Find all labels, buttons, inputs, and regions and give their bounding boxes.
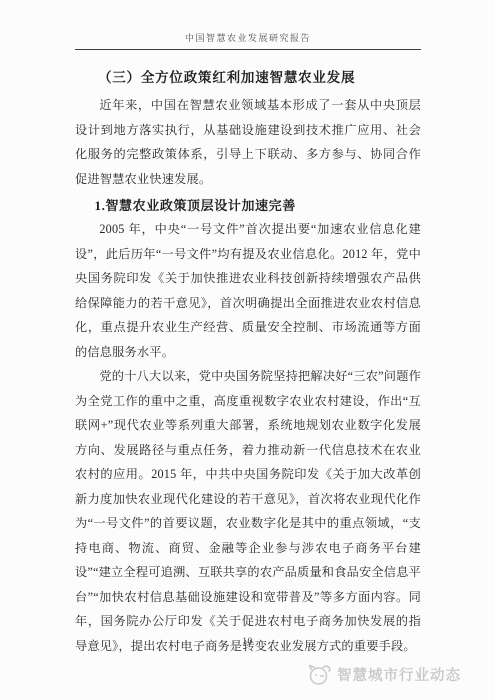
page-header: 中国智慧农业发展研究报告 [75,31,421,50]
cartoon-cat-face-icon [306,662,334,686]
report-page: 中国智慧农业发展研究报告 （三）全方位政策红利加速智慧农业发展 近年来，中国在智… [0,0,495,700]
page-body: （三）全方位政策红利加速智慧农业发展 近年来，中国在智慧农业领域基本形成了一套从… [75,57,421,658]
paragraph-policy-18th-congress: 党的十八大以来，党中央国务院坚持把解决好“三农”问题作为全党工作的重中之重，高度… [75,364,421,658]
section-heading: （三）全方位政策红利加速智慧农业发展 [75,66,421,86]
watermark: 智慧城市行业动态 [306,662,461,686]
running-title: 中国智慧农业发展研究报告 [75,31,421,44]
page-number: 10 [0,637,495,647]
watermark-label: 智慧城市行业动态 [337,664,461,685]
subsection-heading: 1.智慧农业政策顶层设计加速完善 [75,195,421,214]
intro-paragraph: 近年来，中国在智慧农业领域基本形成了一套从中央顶层设计到地方落实执行，从基础设施… [75,93,421,191]
paragraph-policy-2005: 2005 年，中央“一号文件”首次提出要“加速农业信息化建设”，此后历年“一号文… [75,217,421,364]
